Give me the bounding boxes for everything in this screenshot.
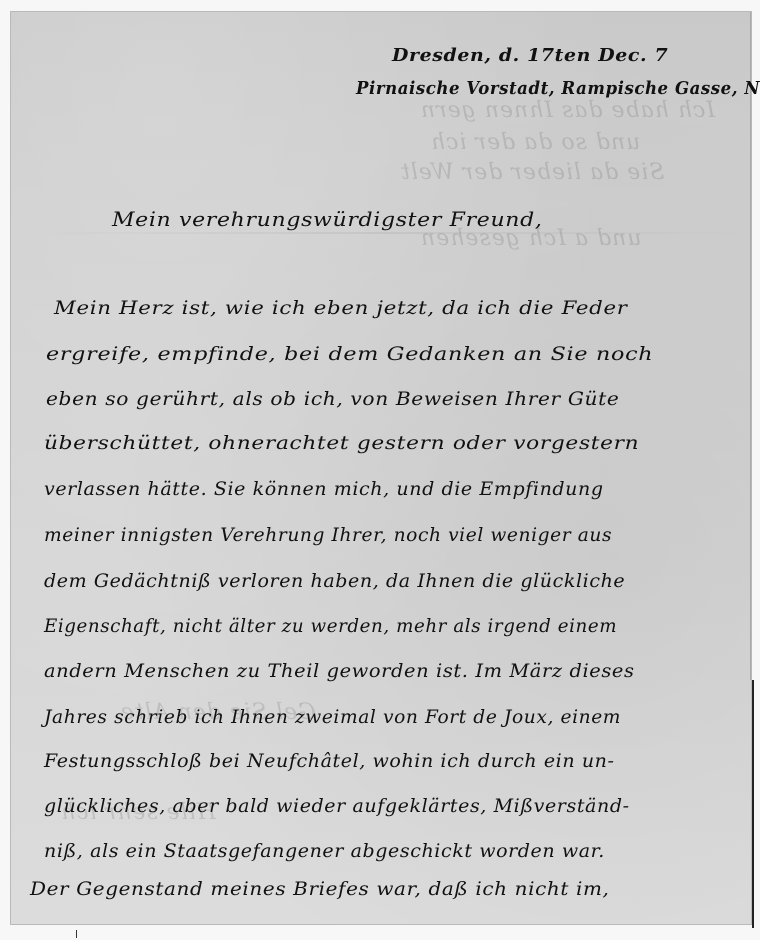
bleed-through-text: Ich habe das Ihnen gern xyxy=(420,98,715,123)
letter-body-line: glückliches, aber bald wieder aufgeklärt… xyxy=(44,795,630,817)
letter-body-line: dem Gedächtniß verloren haben, da Ihnen … xyxy=(44,570,625,592)
letter-address: Pirnaische Vorstadt, Rampische Gasse, N.… xyxy=(356,78,760,99)
letter-body-line: ergreife, empfinde, bei dem Gedanken an … xyxy=(46,343,653,365)
bleed-through-text: Sie da lieber der Welt xyxy=(400,160,664,185)
second-sheet-edge xyxy=(752,680,754,928)
letter-body-line: andern Menschen zu Theil geworden ist. I… xyxy=(44,660,635,682)
letter-body-line: verlassen hätte. Sie können mich, und di… xyxy=(44,478,604,500)
letter-body-line: meiner innigsten Verehrung Ihrer, noch v… xyxy=(44,524,612,546)
letter-date: Dresden, d. 17ten Dec. 7 xyxy=(392,45,668,66)
letter-body-line: Eigenschaft, nicht älter zu werden, mehr… xyxy=(44,615,617,637)
letter-body-line: überschüttet, ohnerachtet gestern oder v… xyxy=(44,432,639,454)
letter-body-line: Der Gegenstand meines Briefes war, daß i… xyxy=(30,878,610,900)
letter-body-line: niß, als ein Staatsgefangener abgeschick… xyxy=(44,840,605,862)
margin-mark xyxy=(76,930,77,938)
bleed-through-text: und so da der ich xyxy=(430,130,640,155)
letter-body-line: eben so gerührt, als ob ich, von Beweise… xyxy=(46,388,619,410)
letter-sheet xyxy=(10,11,752,925)
letter-body-line: Jahres schrieb ich Ihnen zweimal von For… xyxy=(44,706,621,728)
letter-body-line: Festungsschloß bei Neufchâtel, wohin ich… xyxy=(44,750,615,772)
sheet-edge xyxy=(750,12,751,680)
letter-salutation: Mein verehrungswürdigster Freund, xyxy=(112,207,543,231)
letter-body-line: Mein Herz ist, wie ich eben jetzt, da ic… xyxy=(54,297,628,319)
